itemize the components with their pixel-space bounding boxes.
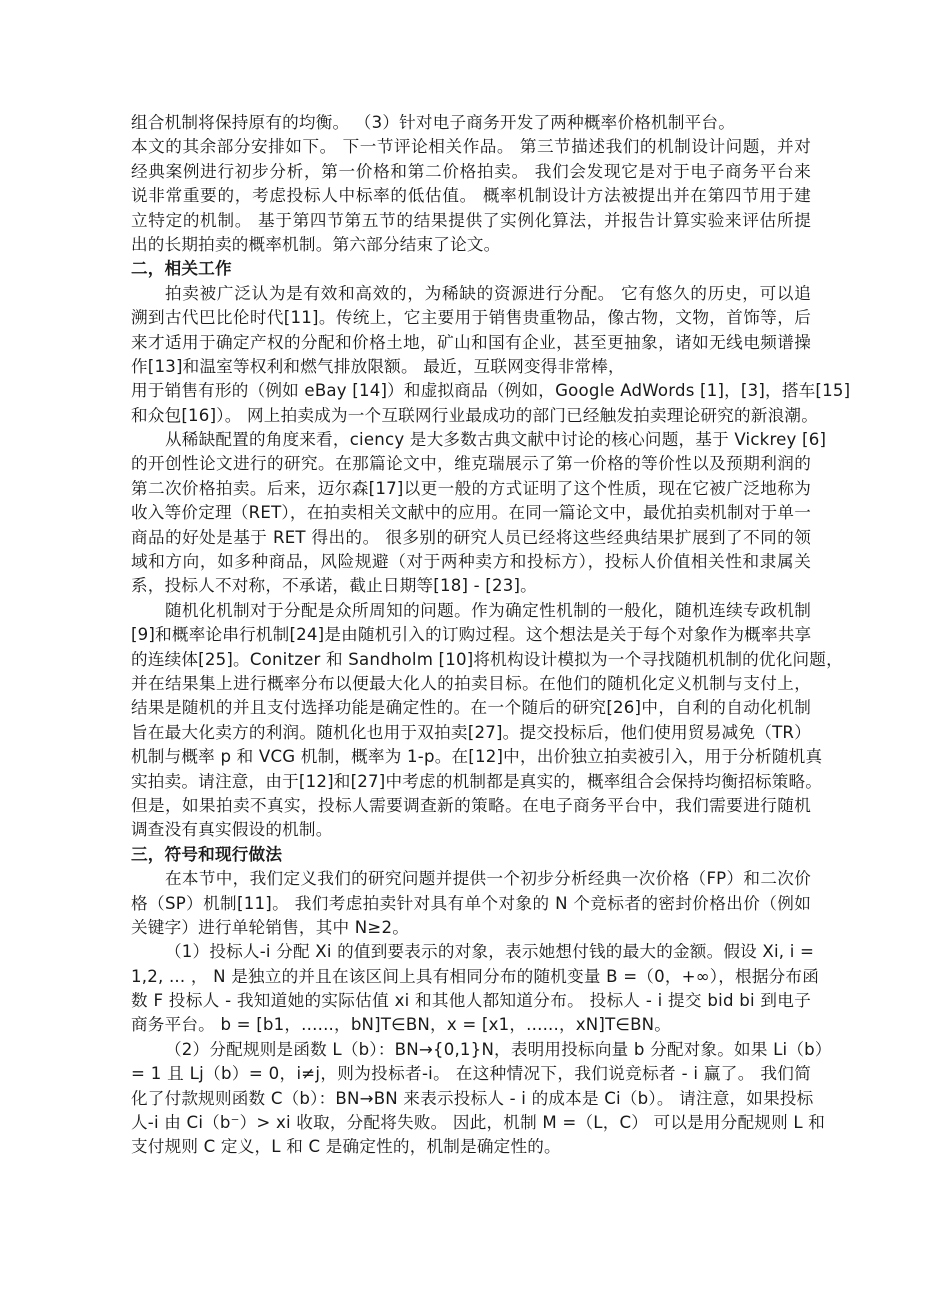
text-line: 数 F 投标人 - 我知道她的实际估值 xi 和其他人都知道分布。 投标人 - …: [131, 989, 811, 1013]
text-line: 立特定的机制。 基于第四节第五节的结果提供了实例化算法，并报告计算实验来评估所提: [131, 209, 811, 233]
text-line: 作[13]和温室等权利和燃气排放限额。 最近，互联网变得非常棒，: [131, 355, 811, 379]
text-line: 说非常重要的，考虑投标人中标率的低估值。 概率机制设计方法被提出并在第四节用于建: [131, 184, 811, 208]
document-page: 组合机制将保持原有的均衡。 （3）针对电子商务开发了两种概率价格机制平台。本文的…: [0, 0, 926, 1309]
text-line: 商品的好处是基于 RET 得出的。 很多别的研究人员已经将这些经典结果扩展到了不…: [131, 526, 811, 550]
text-line: 1,2, ... ， N 是独立的并且在该区间上具有相同分布的随机变量 B =（…: [131, 965, 811, 989]
text-line: （2）分配规则是函数 L（b）：BN→{0,1}N，表明用投标向量 b 分配对象…: [131, 1038, 811, 1062]
text-line: （1）投标人-i 分配 Xi 的值到要表示的对象，表示她想付钱的最大的金额。假设…: [131, 940, 811, 964]
text-line: 和众包[16]）。 网上拍卖成为一个互联网行业最成功的部门已经触发拍卖理论研究的…: [131, 404, 811, 428]
text-line: 化了付款规则函数 C（b）：BN→BN 来表示投标人 - i 的成本是 Ci（b…: [131, 1087, 811, 1111]
text-line: 用于销售有形的（例如 eBay [14]）和虚拟商品（例如，Google AdW…: [131, 379, 811, 403]
section-heading: 三，符号和现行做法: [131, 843, 811, 867]
text-line: 来才适用于确定产权的分配和价格土地，矿山和国有企业，甚至更抽象，诸如无线电频谱操: [131, 331, 811, 355]
text-line: 在本节中，我们定义我们的研究问题并提供一个初步分析经典一次价格（FP）和二次价: [131, 867, 811, 891]
text-line: 本文的其余部分安排如下。 下一节评论相关作品。 第三节描述我们的机制设计问题，并…: [131, 135, 811, 159]
text-line: 经典案例进行初步分析，第一价格和第二价格拍卖。 我们会发现它是对于电子商务平台来: [131, 160, 811, 184]
text-line: 但是，如果拍卖不真实，投标人需要调查新的策略。在电子商务平台中，我们需要进行随机: [131, 794, 811, 818]
text-line: [9]和概率论串行机制[24]是由随机引入的订购过程。这个想法是关于每个对象作为…: [131, 623, 811, 647]
text-line: 拍卖被广泛认为是有效和高效的，为稀缺的资源进行分配。 它有悠久的历史，可以追: [131, 282, 811, 306]
text-line: 并在结果集上进行概率分布以便最大化人的拍卖目标。在他们的随机化定义机制与支付上，: [131, 672, 811, 696]
text-line: 域和方向，如多种商品，风险规避（对于两种卖方和投标方），投标人价值相关性和隶属关: [131, 550, 811, 574]
text-line: 结果是随机的并且支付选择功能是确定性的。在一个随后的研究[26]中，自利的自动化…: [131, 696, 811, 720]
text-line: 出的长期拍卖的概率机制。第六部分结束了论文。: [131, 233, 811, 257]
text-line: 的开创性论文进行的研究。在那篇论文中，维克瑞展示了第一价格的等价性以及预期利润的: [131, 452, 811, 476]
text-line: 调查没有真实假设的机制。: [131, 818, 811, 842]
text-line: 格（SP）机制[11]。 我们考虑拍卖针对具有单个对象的 N 个竞标者的密封价格…: [131, 892, 811, 916]
text-line: 系，投标人不对称，不承诺，截止日期等[18] - [23]。: [131, 574, 811, 598]
text-line: = 1 且 Lj（b）= 0，i≠j，则为投标者-i。 在这种情况下，我们说竞标…: [131, 1062, 811, 1086]
text-line: 组合机制将保持原有的均衡。 （3）针对电子商务开发了两种概率价格机制平台。: [131, 111, 811, 135]
text-line: 商务平台。 b = [b1，......，bN]T∈BN，x = [x1，...…: [131, 1013, 811, 1037]
text-line: 人-i 由 Ci（b⁻）> xi 收取，分配将失败。 因此，机制 M =（L，C…: [131, 1111, 811, 1135]
section-heading: 二，相关工作: [131, 257, 811, 281]
text-line: 随机化机制对于分配是众所周知的问题。作为确定性机制的一般化，随机连续专政机制: [131, 599, 811, 623]
text-line: 的连续体[25]。Conitzer 和 Sandholm [10]将机构设计模拟…: [131, 648, 811, 672]
text-line: 支付规则 C 定义，L 和 C 是确定性的，机制是确定性的。: [131, 1135, 811, 1159]
text-line: 旨在最大化卖方的利润。随机化也用于双拍卖[27]。提交投标后，他们使用贸易减免（…: [131, 721, 811, 745]
text-line: 收入等价定理（RET），在拍卖相关文献中的应用。在同一篇论文中，最优拍卖机制对于…: [131, 501, 811, 525]
text-line: 溯到古代巴比伦时代[11]。传统上，它主要用于销售贵重物品，像古物，文物，首饰等…: [131, 306, 811, 330]
text-line: 第二次价格拍卖。后来，迈尔森[17]以更一般的方式证明了这个性质，现在它被广泛地…: [131, 477, 811, 501]
text-block: 组合机制将保持原有的均衡。 （3）针对电子商务开发了两种概率价格机制平台。本文的…: [131, 111, 811, 1160]
text-line: 实拍卖。请注意，由于[12]和[27]中考虑的机制都是真实的，概率组合会保持均衡…: [131, 770, 811, 794]
text-line: 从稀缺配置的角度来看，ciency 是大多数古典文献中讨论的核心问题，基于 Vi…: [131, 428, 811, 452]
text-line: 关键字）进行单轮销售，其中 N≥2。: [131, 916, 811, 940]
text-line: 机制与概率 p 和 VCG 机制，概率为 1-p。在[12]中，出价独立拍卖被引…: [131, 745, 811, 769]
